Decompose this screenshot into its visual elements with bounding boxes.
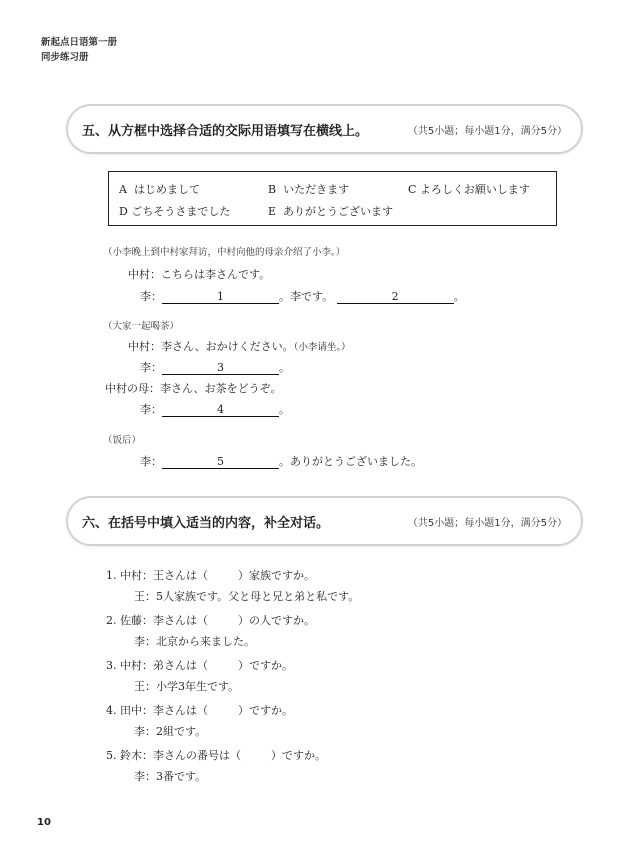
choice-letter: D <box>119 205 128 218</box>
blank-1[interactable]: 1 <box>162 291 279 304</box>
period: 。 <box>454 290 465 303</box>
line-text: 。李です。 <box>279 290 333 303</box>
section-6-title: 六、在括号中填入适当的内容，补全对话。 <box>82 512 329 531</box>
scene-1-line-1: 中村：こちらは李さんです。 <box>128 266 270 282</box>
dialog-item-1-question: 1. 中村：王さんは（）家族ですか。 <box>106 567 315 583</box>
section-5-score: （共5小题；每小题1分，满分5分） <box>408 122 567 137</box>
period: 。 <box>279 361 290 374</box>
choice-c: C よろしくお願いします <box>408 181 530 197</box>
scene-1-note: （小李晚上到中村家拜访，中村向他的母亲介绍了小李。） <box>103 244 345 258</box>
scene-3-li-line: 李：5。ありがとうございました。 <box>140 453 422 469</box>
dialog-item-3-question: 3. 中村：弟さんは（）ですか。 <box>106 657 293 673</box>
item-number: 5. <box>106 749 117 762</box>
blank-2[interactable]: 2 <box>337 291 454 304</box>
blank-3[interactable]: 3 <box>162 362 279 375</box>
choice-letter: C <box>408 183 416 196</box>
page-number: 10 <box>37 817 51 828</box>
question-text-end: ）ですか。 <box>238 704 293 717</box>
speaker-label: 李： <box>140 455 162 468</box>
item-number: 4. <box>106 704 117 717</box>
choice-d: D ごちそうさまでした <box>119 203 230 219</box>
scene-2-li-line-1: 李：3。 <box>140 359 290 375</box>
speaker-label: 李： <box>140 403 162 416</box>
speaker-label: 李： <box>140 361 162 374</box>
blank-4[interactable]: 4 <box>162 404 279 417</box>
dialog-item-4-answer: 李：2組です。 <box>134 723 206 739</box>
choice-text: ごちそうさまでした <box>131 205 230 218</box>
dialog-item-2-answer: 李：北京から来ました。 <box>134 633 255 649</box>
choice-text: はじめまして <box>134 183 200 196</box>
question-text: 佐藤：李さんは（ <box>120 614 208 627</box>
choice-b: B いただきます <box>268 181 349 197</box>
question-text: 中村：弟さんは（ <box>120 659 208 672</box>
dialog-item-2-question: 2. 佐藤：李さんは（）の人ですか。 <box>106 612 315 628</box>
scene-2-note: （大家一起喝茶） <box>103 318 179 332</box>
question-text: 鈴木：李さんの番号は（ <box>120 749 241 762</box>
dialog-item-5-question: 5. 鈴木：李さんの番号は（）ですか。 <box>106 747 326 763</box>
scene-2-li-line-2: 李：4。 <box>140 401 290 417</box>
choices-box: A はじめまして B いただきます C よろしくお願いします D ごちそうさまで… <box>108 171 557 226</box>
dialog-item-3-answer: 王：小学3年生です。 <box>134 678 239 694</box>
choice-letter: A <box>119 183 127 196</box>
blank-5[interactable]: 5 <box>162 456 279 469</box>
choice-a: A はじめまして <box>119 181 200 197</box>
item-number: 2. <box>106 614 117 627</box>
choice-e: E ありがとうございます <box>268 203 393 219</box>
section-6-heading: 六、在括号中填入适当的内容，补全对话。 （共5小题；每小题1分，满分5分） <box>66 496 583 546</box>
choice-letter: B <box>268 183 276 196</box>
dialog-item-1-answer: 王：5人家族です。父と母と兄と弟と私です。 <box>134 588 359 604</box>
choice-text: よろしくお願いします <box>420 183 530 196</box>
line-text: 中村：李さん、おかけください。 <box>128 340 294 353</box>
question-text-end: ）の人ですか。 <box>238 614 315 627</box>
section-6-score: （共5小题；每小题1分，满分5分） <box>408 514 567 529</box>
question-text-end: ）家族ですか。 <box>238 569 315 582</box>
choice-text: いただきます <box>283 183 349 196</box>
book-title: 新起点日语第一册 <box>41 34 117 48</box>
translation-note: （小李请坐。） <box>294 342 351 353</box>
section-5-heading: 五、从方框中选择合适的交际用语填写在横线上。 （共5小题；每小题1分，满分5分） <box>66 104 583 154</box>
dialog-item-4-question: 4. 田中：李さんは（）ですか。 <box>106 702 293 718</box>
scene-1-li-line: 李：1。李です。 2。 <box>140 288 465 304</box>
scene-2-line-1: 中村：李さん、おかけください。（小李请坐。） <box>128 338 351 354</box>
line-text: 。ありがとうございました。 <box>279 455 422 468</box>
choice-letter: E <box>268 205 276 218</box>
period: 。 <box>279 403 290 416</box>
question-text-end: ）ですか。 <box>271 749 326 762</box>
scene-2-line-2: 中村の母：李さん、お茶をどうぞ。 <box>105 380 281 396</box>
section-5-title: 五、从方框中选择合适的交际用语填写在横线上。 <box>82 120 368 139</box>
question-text-end: ）ですか。 <box>238 659 293 672</box>
question-text: 田中：李さんは（ <box>120 704 208 717</box>
scene-3-note: （饭后） <box>103 432 141 446</box>
question-text: 中村：王さんは（ <box>120 569 208 582</box>
dialog-item-5-answer: 李：3番です。 <box>134 768 206 784</box>
speaker-label: 李： <box>140 290 162 303</box>
item-number: 1. <box>106 569 117 582</box>
book-subtitle: 同步练习册 <box>41 49 89 63</box>
choice-text: ありがとうございます <box>283 205 393 218</box>
item-number: 3. <box>106 659 117 672</box>
